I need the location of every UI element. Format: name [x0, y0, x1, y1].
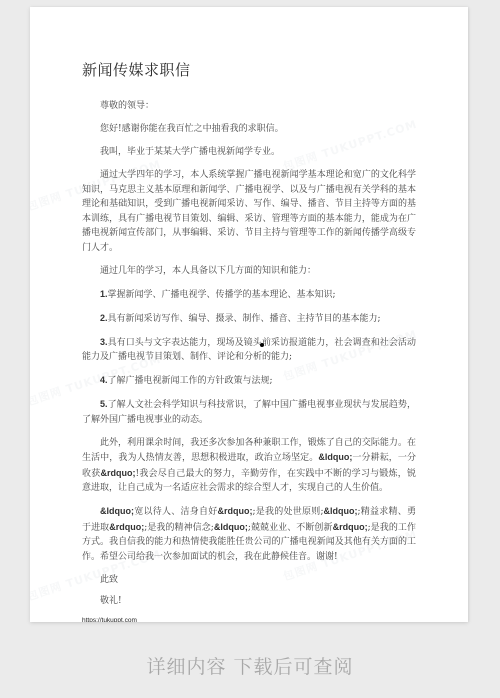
html-entity-text: &rdquo; [217, 506, 252, 516]
text-run: ;兢兢业业、不断创新 [248, 523, 333, 533]
list-text: 掌握新闻学、广播电视学、传播学的基本理论、基本知识; [108, 290, 336, 300]
html-entity-text: &ldquo; [318, 452, 352, 462]
document-body: 尊敬的领导： 您好!感谢你能在我百忙之中抽看我的求职信。 我叫，毕业于某某大学广… [82, 99, 416, 622]
text-run: 宽以待人、洁身自好 [134, 507, 217, 517]
html-entity-text: &rdquo; [109, 522, 144, 532]
text-run: ;是我的精神信念; [144, 523, 214, 533]
salutation: 尊敬的领导： [82, 99, 416, 114]
paragraph-education: 通过大学四年的学习，本人系统掌握广播电视新闻学基本理论和宽广的文化科学知识，马克… [82, 168, 416, 255]
html-entity-text: &ldquo; [323, 506, 357, 516]
list-text: 具有口头与文字表达能力，现场及镜头前采访报道能力，社会调查和社会活动能力及广播电… [82, 338, 416, 363]
paragraph-principles: &ldquo;宽以待人、洁身自好&rdquo;;是我的处世原则;&ldquo;;… [82, 504, 416, 564]
text-run: ;是我的处世原则; [252, 507, 323, 517]
closing-line-1: 此致 [82, 573, 416, 588]
list-item-2: 2.具有新闻采访写作、编导、摄录、制作、播音、主持节目的基本能力; [82, 311, 416, 327]
source-url[interactable]: https://tukuppt.com [82, 614, 416, 623]
paragraph-greeting: 您好!感谢你能在我百忙之中抽看我的求职信。 [82, 122, 416, 137]
document-page: 包图网 TUKUPPT.COM 包图网 TUKUPPT.COM 包图网 TUKU… [30, 7, 468, 622]
list-text: 具有新闻采访写作、编导、摄录、制作、播音、主持节目的基本能力; [108, 314, 381, 324]
html-entity-text: &rdquo; [333, 522, 368, 532]
cursor-dot [260, 343, 264, 347]
list-number: 4. [100, 375, 108, 385]
list-text: 了解广播电视新闻工作的方针政策与法规; [108, 376, 273, 386]
list-item-3: 3.具有口头与文字表达能力，现场及镜头前采访报道能力，社会调查和社会活动能力及广… [82, 335, 416, 365]
paragraph-intro: 我叫，毕业于某某大学广播电视新闻学专业。 [82, 145, 416, 160]
list-number: 1. [100, 289, 108, 299]
download-prompt-text: 详细内容 下载后可查阅 [0, 652, 500, 679]
closing-line-2: 敬礼! [82, 594, 416, 609]
document-title: 新闻传媒求职信 [82, 59, 191, 80]
list-number: 2. [100, 313, 108, 323]
list-number: 5. [100, 399, 108, 409]
html-entity-text: &rdquo; [100, 468, 135, 478]
list-item-4: 4.了解广播电视新闻工作的方针政策与法规; [82, 373, 416, 389]
html-entity-text: &ldquo; [100, 506, 134, 516]
paragraph-abilities-intro: 通过几年的学习，本人具备以下几方面的知识和能力： [82, 264, 416, 279]
list-number: 3. [100, 337, 108, 347]
list-text: 了解人文社会科学知识与科技常识，了解中国广播电视事业现状与发展趋势，了解外国广播… [82, 400, 416, 425]
list-item-1: 1.掌握新闻学、广播电视学、传播学的基本理论、基本知识; [82, 287, 416, 303]
paragraph-extracurricular: 此外，利用课余时间，我还多次参加各种兼职工作，锻炼了自己的交际能力。在生活中，我… [82, 436, 416, 496]
list-item-5: 5.了解人文社会科学知识与科技常识，了解中国广播电视事业现状与发展趋势，了解外国… [82, 397, 416, 427]
html-entity-text: &ldquo; [214, 522, 248, 532]
